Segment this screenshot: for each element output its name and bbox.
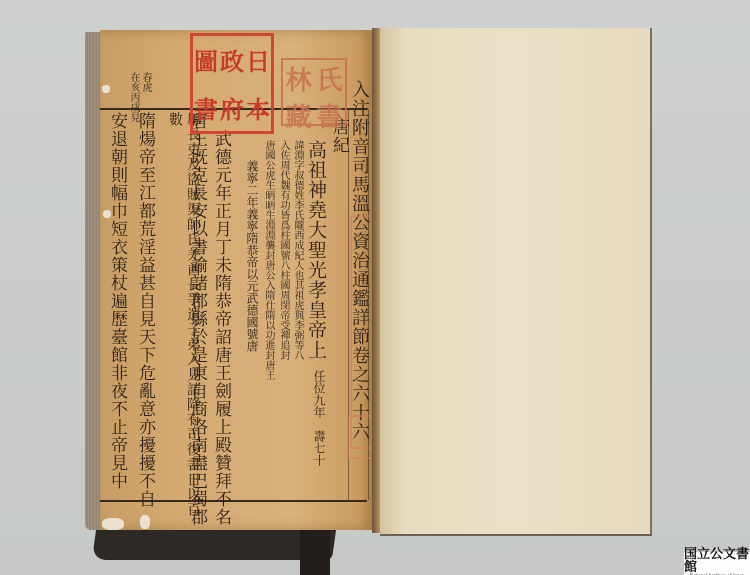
red-seal-stamp: 圖政日 書府本: [190, 33, 274, 134]
reign-note: 任位九年 壽七十: [313, 370, 324, 466]
text-column: 諱淵字叔德姓李氏隴西成紀人也其祖虎與李弼等八: [292, 140, 303, 360]
paper-damage: [102, 85, 110, 93]
left-page: 春虎 在亥丙戌見 入注附音司馬溫公資治通鑑詳節卷之六十六 唐紀 高祖神堯大聖光孝…: [100, 30, 375, 530]
header-note: 春虎: [140, 72, 151, 92]
text-column: 唐國公虎生昞昞生淵淵襲封唐公入隋仕隋以功進封唐王: [263, 140, 274, 380]
archive-watermark-logo: 国立公文書館 National Archives of Japan: [684, 552, 750, 575]
text-column: 武德元年正月丁未隋恭帝詔唐王劍履上殿贊拜不名: [212, 130, 230, 526]
paper-damage: [102, 518, 124, 530]
watermark-jp: 国立公文書館: [684, 548, 750, 574]
text-column: 入佐周代魏有功皆爲柱國號八柱國周閔帝受禪追封: [278, 140, 289, 360]
text-column: 義寧二年義寧隋恭帝以元武德國號唐: [246, 160, 257, 352]
paper-damage: [140, 515, 150, 529]
book-gutter: [372, 28, 380, 533]
emperor-title: 高祖神堯大聖光孝皇帝上: [307, 140, 325, 360]
right-page-blank: [380, 28, 652, 536]
library-seal-stamp: 林氏藏書: [281, 58, 347, 126]
paper-damage: [103, 210, 111, 218]
text-column: 縣長吏及盜賊渠帥氏羌酋長爭遣子弟入見請降有司復書日以百數: [166, 112, 202, 530]
text-column: 隋煬帝至江都荒淫益甚自見天下危亂意亦擾擾不自: [136, 112, 154, 508]
text-column: 安退朝則幅巾短衣策杖遍歷臺館非夜不止帝見中: [108, 112, 126, 490]
